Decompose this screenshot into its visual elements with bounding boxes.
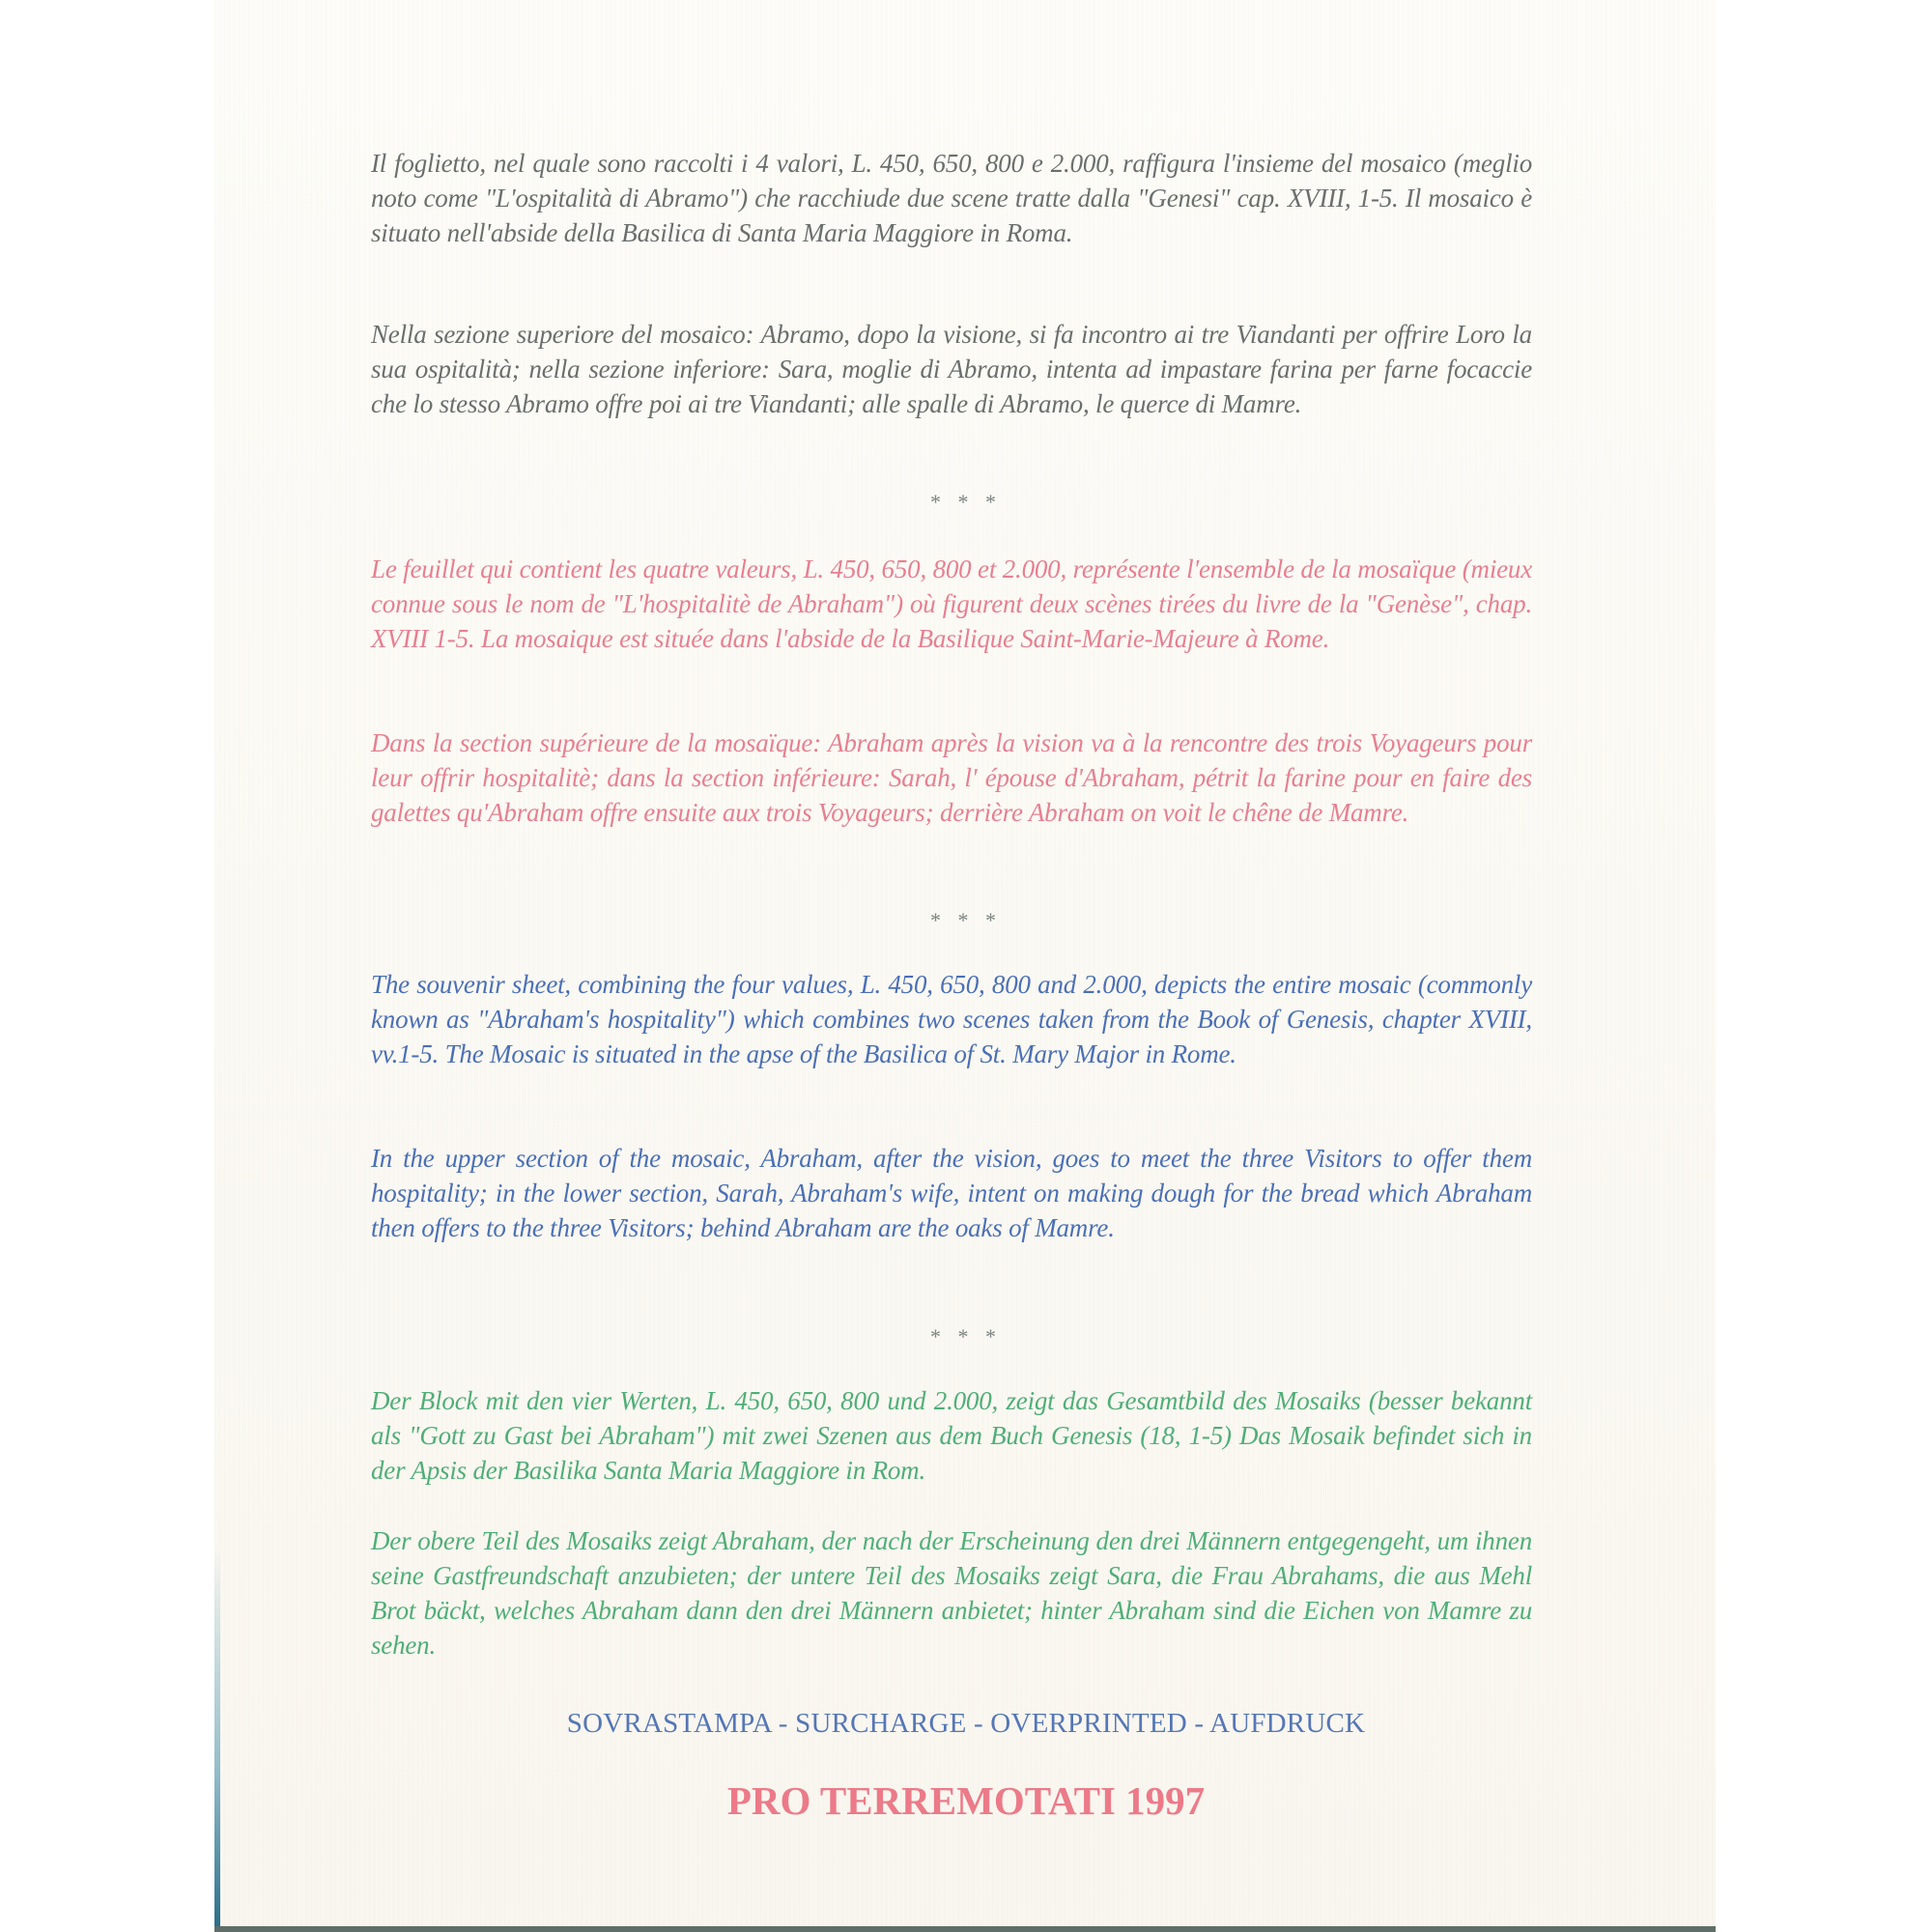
italian-paragraph-2: Nella sezione superiore del mosaico: Abr… <box>371 317 1532 421</box>
english-paragraph-2: In the upper section of the mosaic, Abra… <box>371 1141 1532 1245</box>
separator-2: * * * <box>869 908 1063 933</box>
separator-1: * * * <box>869 490 1063 515</box>
french-paragraph-1: Le feuillet qui contient les quatre vale… <box>371 552 1532 656</box>
italian-paragraph-1: Il foglietto, nel quale sono raccolti i … <box>371 146 1532 250</box>
overprint-title: PRO TERREMOTATI 1997 <box>0 1777 1932 1824</box>
overprint-languages: SOVRASTAMPA - SURCHARGE - OVERPRINTED - … <box>0 1708 1932 1740</box>
separator-3: * * * <box>869 1324 1063 1350</box>
german-paragraph-2: Der obere Teil des Mosaiks zeigt Abraham… <box>371 1523 1532 1662</box>
french-paragraph-2: Dans la section supérieure de la mosaïqu… <box>371 725 1532 830</box>
english-paragraph-1: The souvenir sheet, combining the four v… <box>371 967 1532 1071</box>
german-paragraph-1: Der Block mit den vier Werten, L. 450, 6… <box>371 1383 1532 1488</box>
